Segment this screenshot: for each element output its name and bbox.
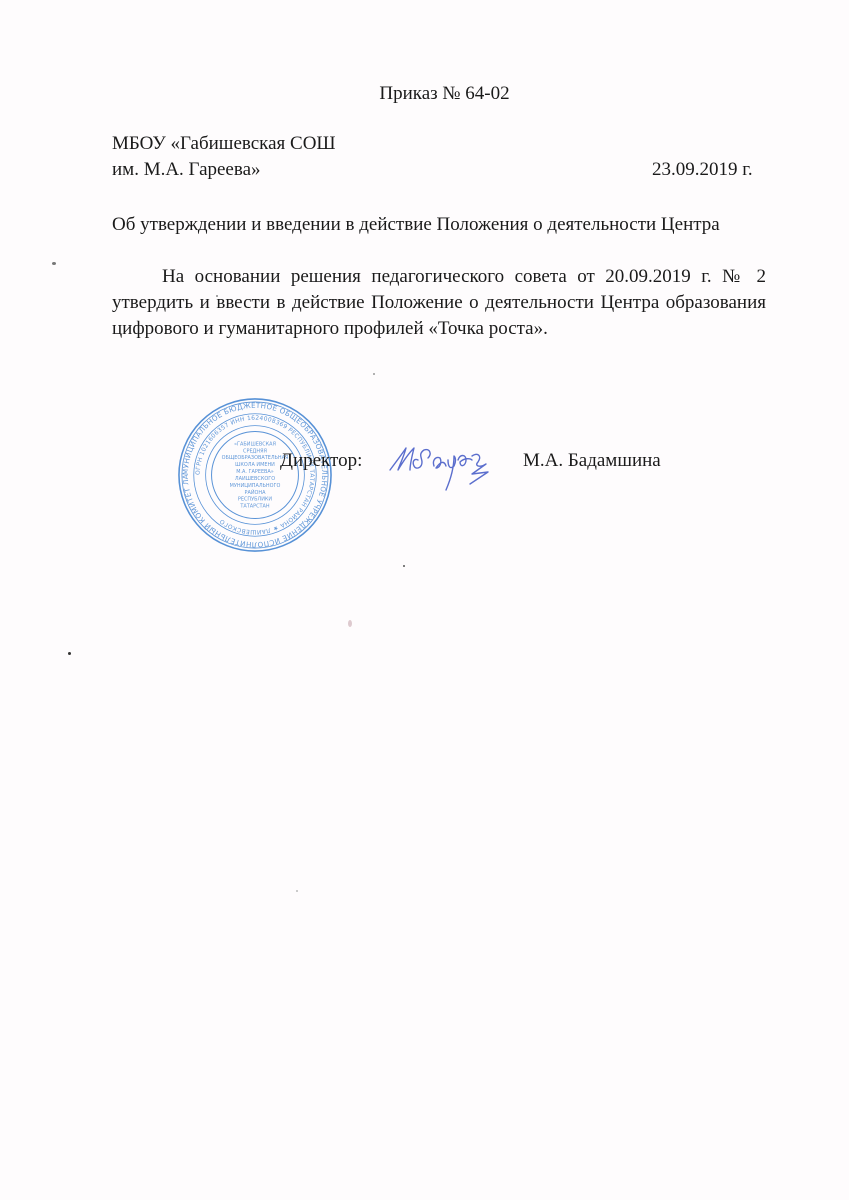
order-date: 23.09.2019 г. — [652, 157, 753, 183]
svg-text:ТАТАРСТАН: ТАТАРСТАН — [239, 504, 270, 510]
scan-artifact — [348, 620, 352, 627]
svg-text:РАЙОНА: РАЙОНА — [245, 489, 267, 496]
order-body-paragraph: На основании решения педагогического сов… — [112, 264, 766, 342]
signatory-role: Директор: — [280, 450, 362, 472]
scan-artifact — [52, 262, 56, 265]
order-body: На основании решения педагогического сов… — [112, 264, 766, 342]
organization-name: МБОУ «Габишевская СОШ им. М.А. Гареева» — [112, 131, 336, 183]
handwritten-signature-icon — [384, 432, 496, 497]
scan-artifact — [373, 373, 375, 375]
scan-artifact — [68, 652, 71, 655]
svg-text:МУНИЦИПАЛЬНОГО: МУНИЦИПАЛЬНОГО — [230, 483, 281, 489]
document-page: Приказ № 64-02 МБОУ «Габишевская СОШ им.… — [0, 0, 849, 1200]
svg-text:РЕСПУБЛИКИ: РЕСПУБЛИКИ — [238, 497, 272, 503]
svg-text:«ГАБИШЕВСКАЯ: «ГАБИШЕВСКАЯ — [234, 441, 276, 447]
organization-line-2: им. М.А. Гареева» — [112, 157, 336, 183]
scan-artifact — [296, 890, 298, 892]
scan-artifact — [216, 295, 218, 297]
order-title: Приказ № 64-02 — [20, 83, 849, 105]
signatory-name: М.А. Бадамшина — [523, 450, 661, 472]
scan-artifact — [403, 565, 405, 567]
organization-line-1: МБОУ «Габишевская СОШ — [112, 131, 336, 157]
order-subject: Об утверждении и введении в действие Пол… — [112, 212, 720, 238]
